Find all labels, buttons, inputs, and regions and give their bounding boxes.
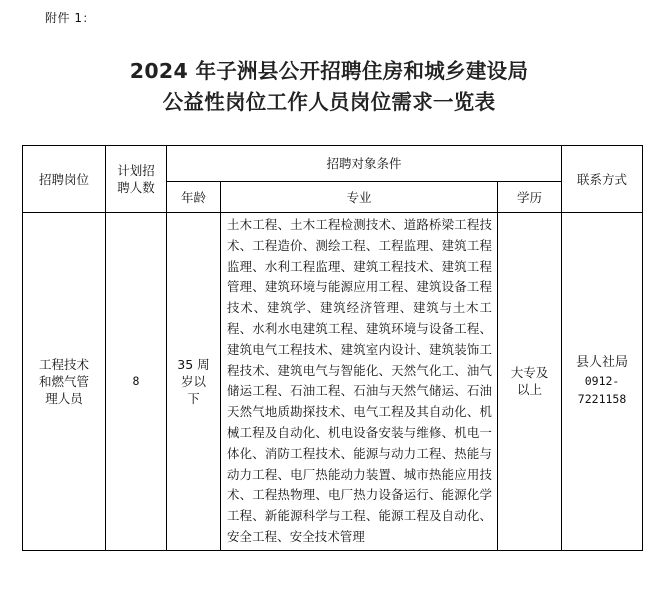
page-title-line-2: 公益性岗位工作人员岗位需求一览表: [0, 85, 658, 115]
header-row-main: 招聘岗位 计划招聘人数 招聘对象条件 联系方式: [23, 146, 643, 182]
cell-age: 35 周岁以下: [167, 213, 221, 551]
cell-contact: 县人社局 0912- 7221158: [562, 213, 643, 551]
header-education: 学历: [498, 182, 562, 213]
recruitment-table: 招聘岗位 计划招聘人数 招聘对象条件 联系方式 年龄 专业 学历 工程技术和燃气…: [22, 145, 643, 551]
cell-planned-count: 8: [106, 213, 167, 551]
cell-position: 工程技术和燃气管理人员: [23, 213, 106, 551]
header-major: 专业: [221, 182, 498, 213]
header-contact: 联系方式: [562, 146, 643, 213]
header-age: 年龄: [167, 182, 221, 213]
table-row: 工程技术和燃气管理人员 8 35 周岁以下 土木工程、土木工程检测技术、道路桥梁…: [23, 213, 643, 551]
header-planned-count: 计划招聘人数: [106, 146, 167, 213]
attachment-label: 附件 1：: [45, 9, 95, 26]
contact-org: 县人社局: [562, 354, 642, 372]
page-title-line-1: 2024 年子洲县公开招聘住房和城乡建设局: [0, 54, 658, 84]
header-position: 招聘岗位: [23, 146, 106, 213]
cell-major: 土木工程、土木工程检测技术、道路桥梁工程技术、工程造价、测绘工程、工程监理、建筑…: [221, 213, 498, 551]
contact-phone-part-1: 0912-: [562, 372, 642, 390]
contact-phone-part-2: 7221158: [562, 390, 642, 408]
cell-education: 大专及以上: [498, 213, 562, 551]
header-conditions: 招聘对象条件: [167, 146, 562, 182]
